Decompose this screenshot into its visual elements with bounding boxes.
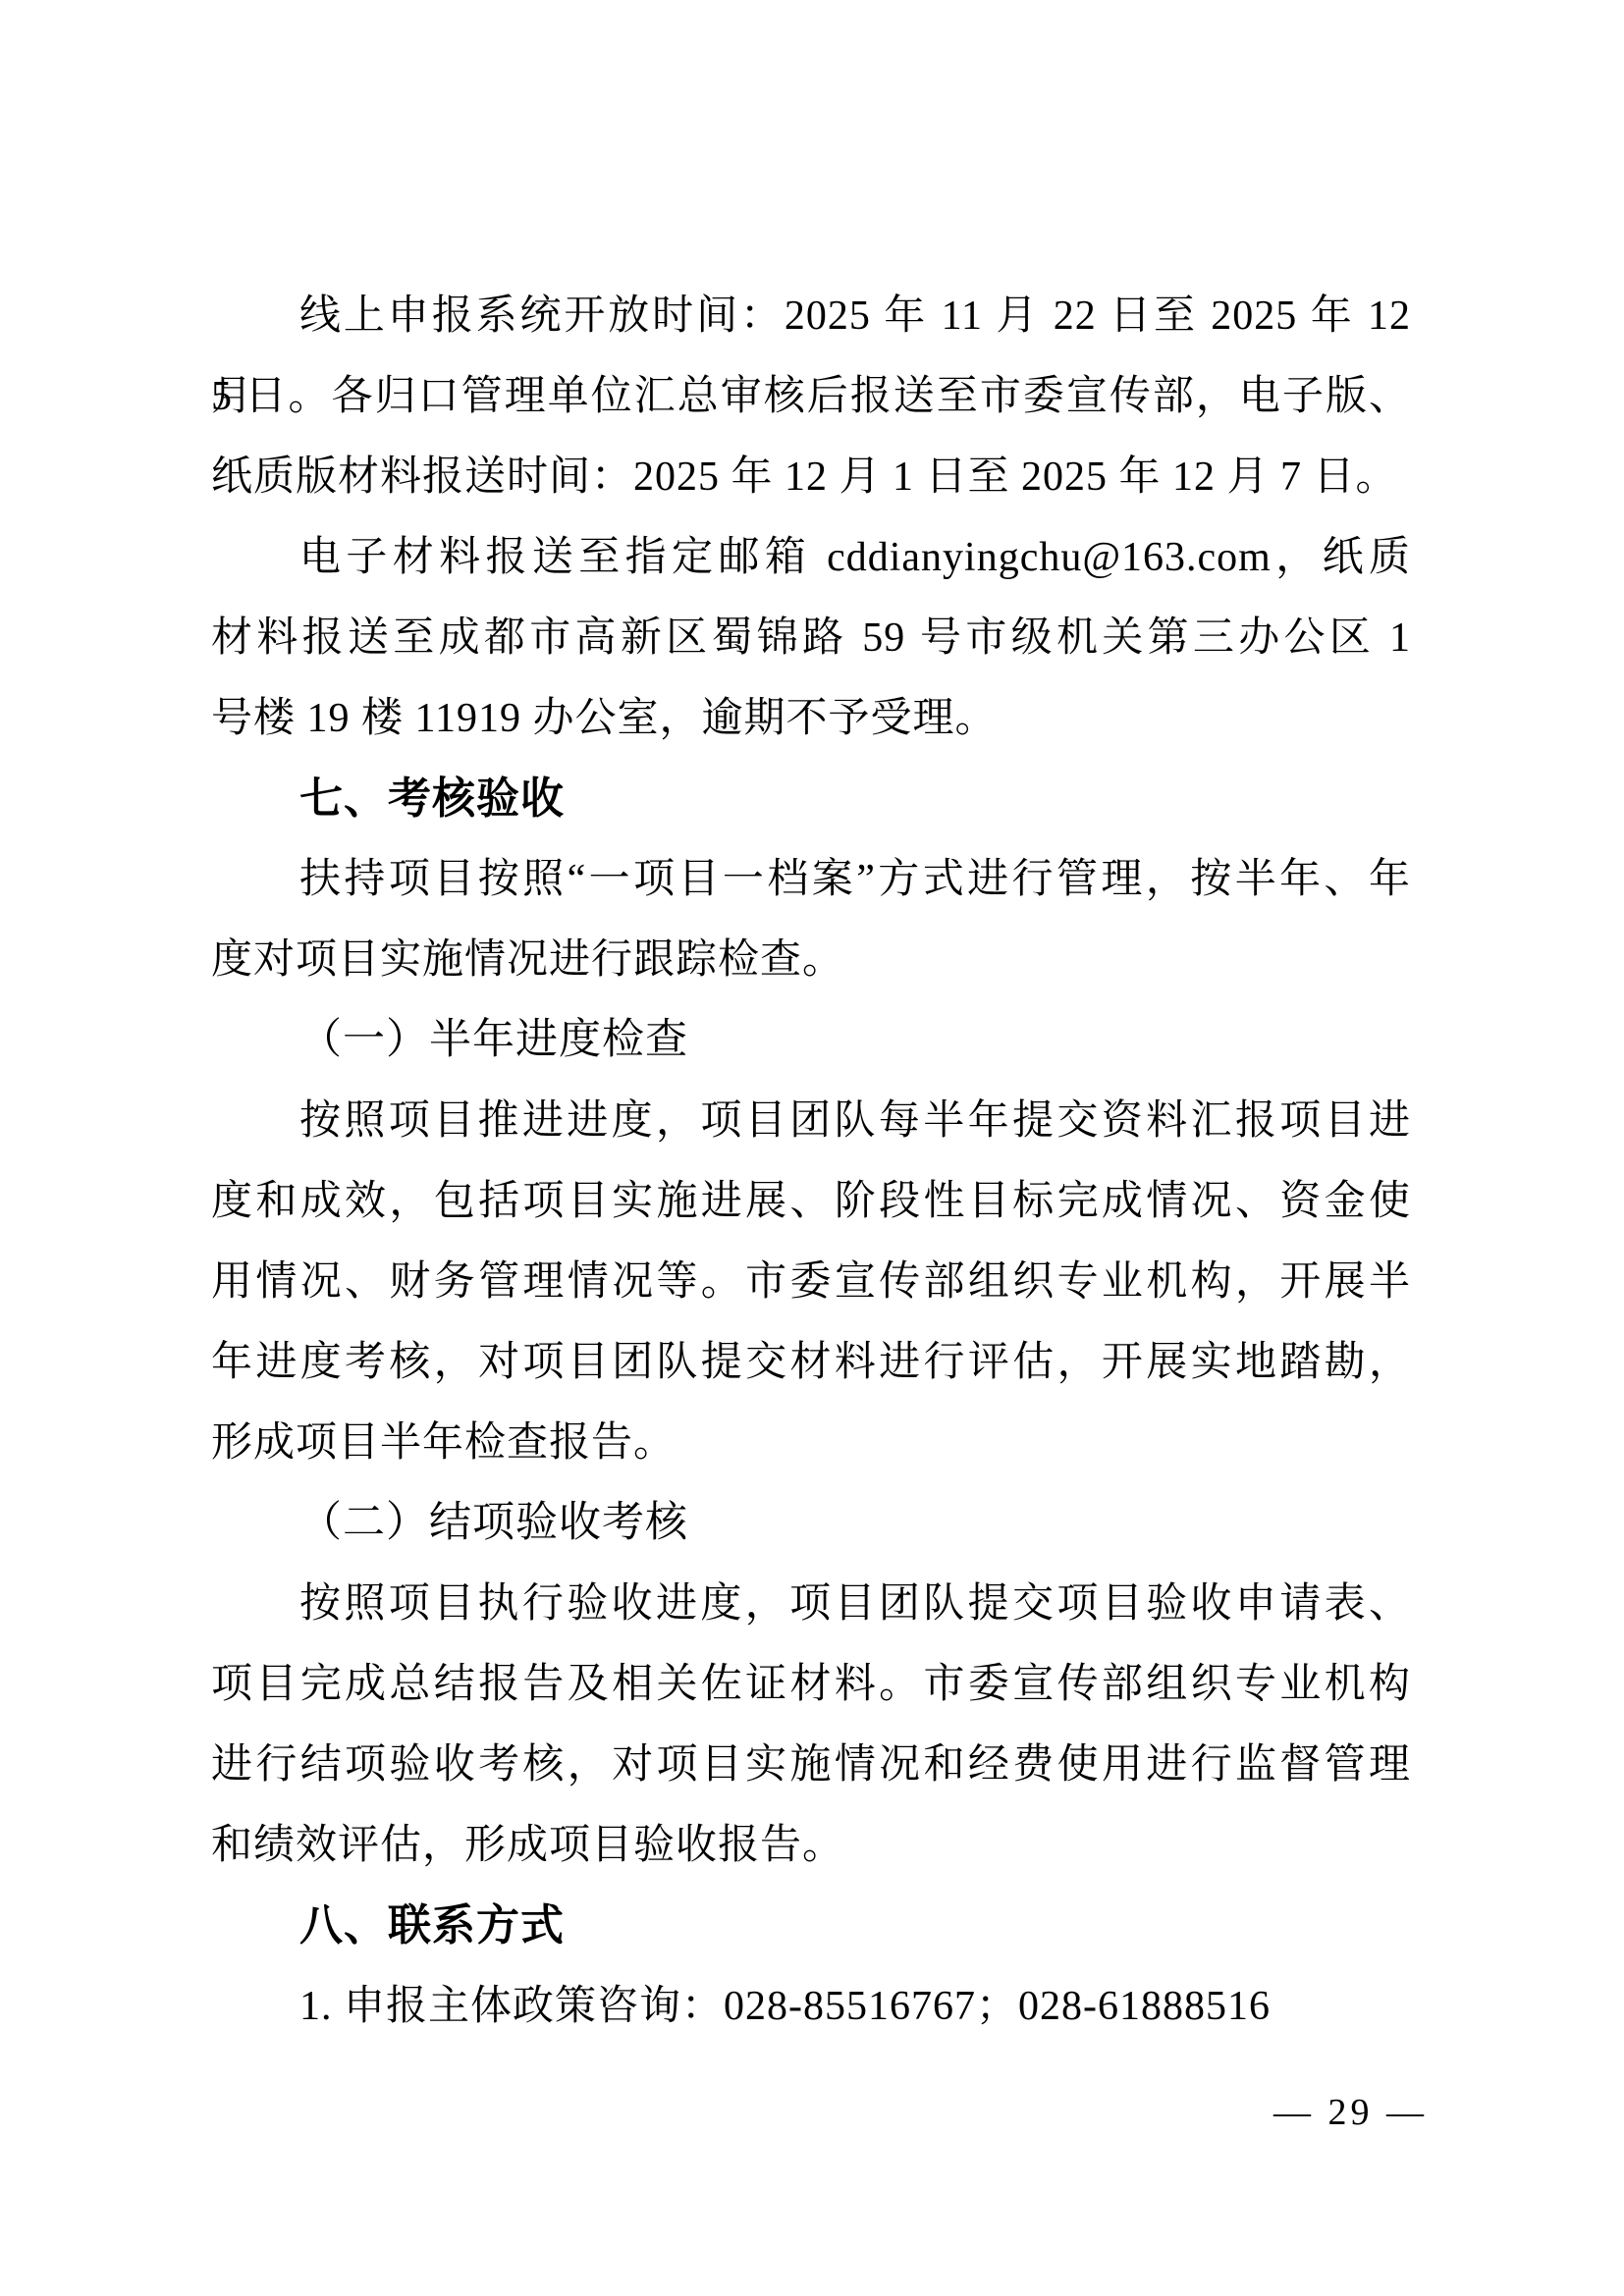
- page-number: — 29 —: [1273, 2089, 1428, 2136]
- body-line: 5 日。各归口管理单位汇总审核后报送至市委宣传部，电子版、: [211, 356, 1411, 437]
- body-line: 形成项目半年检查报告。: [211, 1403, 1411, 1483]
- subheading-final-acceptance: （二）结项验收考核: [211, 1483, 1411, 1564]
- body-line: 电子材料报送至指定邮箱 cddianyingchu@163.com，纸质: [211, 517, 1411, 598]
- body-line: 按照项目推进进度，项目团队每半年提交资料汇报项目进: [211, 1081, 1411, 1161]
- body-line: 号楼 19 楼 11919 办公室，逾期不予受理。: [211, 678, 1411, 759]
- body-line: 扶持项目按照“一项目一档案”方式进行管理，按半年、年: [211, 839, 1411, 920]
- body-line: 纸质版材料报送时间：2025 年 12 月 1 日至 2025 年 12 月 7…: [211, 437, 1411, 517]
- body-line: 按照项目执行验收进度，项目团队提交项目验收申请表、: [211, 1564, 1411, 1644]
- body-line: 用情况、财务管理情况等。市委宣传部组织专业机构，开展半: [211, 1242, 1411, 1322]
- document-page: 线上申报系统开放时间：2025 年 11 月 22 日至 2025 年 12 月…: [0, 0, 1624, 2296]
- heading-section-7-assessment: 七、考核验收: [211, 759, 1411, 839]
- body-line: 材料报送至成都市高新区蜀锦路 59 号市级机关第三办公区 1: [211, 598, 1411, 678]
- subheading-semiannual-check: （一）半年进度检查: [211, 1000, 1411, 1081]
- body-line: 年进度考核，对项目团队提交材料进行评估，开展实地踏勘，: [211, 1322, 1411, 1403]
- heading-section-8-contact: 八、联系方式: [211, 1886, 1411, 1966]
- body-line: 度对项目实施情况进行跟踪检查。: [211, 920, 1411, 1000]
- document-body: 线上申报系统开放时间：2025 年 11 月 22 日至 2025 年 12 月…: [211, 276, 1411, 2047]
- body-line: 度和成效，包括项目实施进展、阶段性目标完成情况、资金使: [211, 1161, 1411, 1242]
- body-line: 1. 申报主体政策咨询：028-85516767；028-61888516: [211, 1966, 1411, 2047]
- body-line: 进行结项验收考核，对项目实施情况和经费使用进行监督管理: [211, 1725, 1411, 1805]
- body-line: 和绩效评估，形成项目验收报告。: [211, 1805, 1411, 1886]
- body-line: 项目完成总结报告及相关佐证材料。市委宣传部组织专业机构: [211, 1644, 1411, 1725]
- body-line: 线上申报系统开放时间：2025 年 11 月 22 日至 2025 年 12 月: [211, 276, 1411, 356]
